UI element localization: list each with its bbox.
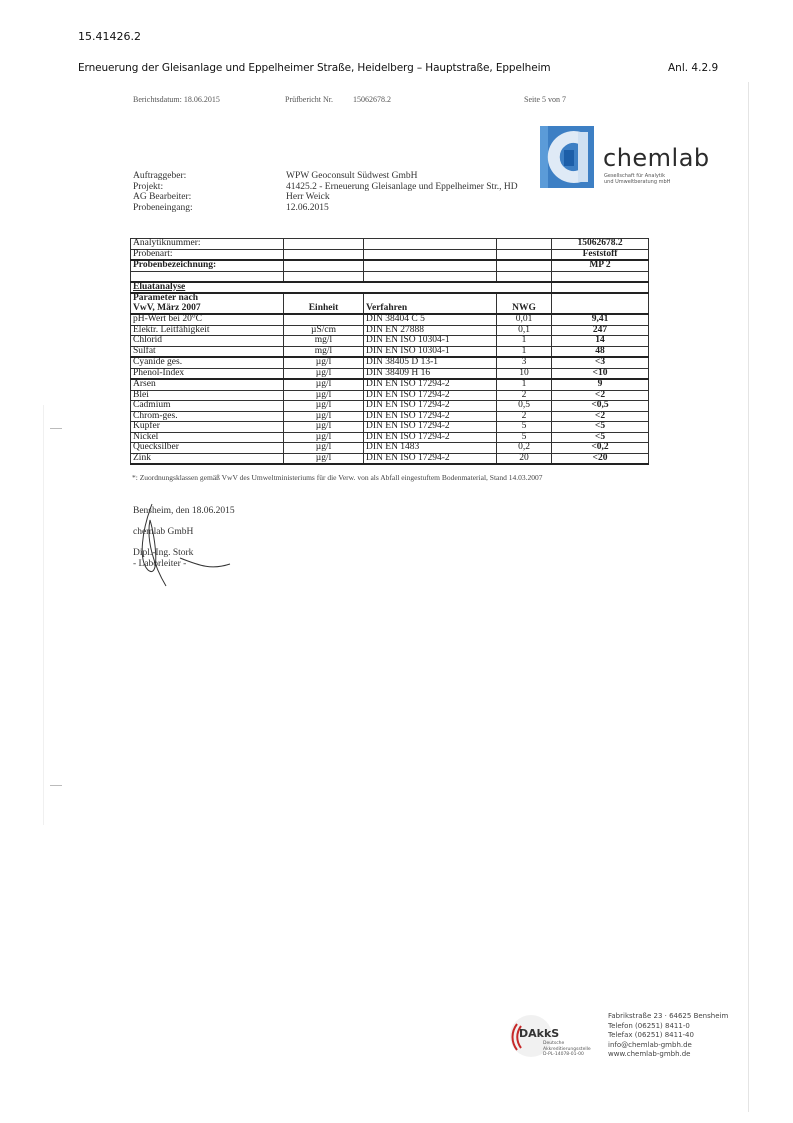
report-date: Berichtsdatum: 18.06.2015 — [133, 95, 220, 104]
document-number: 15.41426.2 — [78, 30, 141, 43]
report-number: Prüfbericht Nr. 15062678.2 — [285, 95, 391, 104]
cell-value: 9 — [552, 379, 649, 390]
empty-cell — [552, 282, 649, 294]
section-row: Eluatanalyse — [131, 282, 649, 294]
cell-nwg: 1 — [497, 379, 552, 390]
header-nwg: NWG — [497, 293, 552, 314]
report-date-label: Berichtsdatum: — [133, 95, 182, 104]
cell-unit: mg/l — [284, 346, 364, 357]
cell-method: DIN EN ISO 10304-1 — [364, 336, 497, 347]
dakks-subtitle: Deutsche Akkreditierungsstelle D-PL-1407… — [543, 1041, 591, 1058]
meta-value: MP 2 — [552, 260, 649, 271]
cell-param: Quecksilber — [131, 443, 284, 454]
spacer-row — [131, 271, 649, 282]
cell-unit: µg/l — [284, 368, 364, 379]
header-row: Parameter nach VwV, März 2007 Einheit Ve… — [131, 293, 649, 314]
company-address: Fabrikstraße 23 · 64625 Bensheim Telefon… — [608, 1012, 728, 1060]
meta-label: Probenbezeichnung: — [131, 260, 284, 271]
table-row: pH-Wert bei 20°CDIN 38404 C 50,019,41 — [131, 314, 649, 325]
empty-cell — [131, 271, 284, 282]
cell-nwg: 2 — [497, 411, 552, 422]
document-title: Erneuerung der Gleisanlage und Eppelheim… — [78, 62, 551, 74]
client-label: Auftraggeber: — [133, 171, 286, 182]
cell-param: Blei — [131, 390, 284, 401]
address-email: info@chemlab-gmbh.de — [608, 1041, 728, 1051]
meta-label: Probenart: — [131, 249, 284, 260]
header-param: Parameter nach VwV, März 2007 — [131, 293, 284, 314]
cell-nwg: 5 — [497, 422, 552, 433]
cell-value: <5 — [552, 422, 649, 433]
cell-value: 9,41 — [552, 314, 649, 325]
cell-nwg: 0,1 — [497, 325, 552, 336]
cell-unit: µg/l — [284, 411, 364, 422]
meta-value: 15062678.2 — [552, 239, 649, 250]
empty-cell — [364, 260, 497, 271]
client-label: AG Bearbeiter: — [133, 192, 286, 203]
header-param-line: VwV, März 2007 — [133, 304, 281, 314]
cell-nwg: 0,5 — [497, 401, 552, 412]
cell-param: Chlorid — [131, 336, 284, 347]
client-label: Projekt: — [133, 182, 286, 193]
cell-method: DIN EN 27888 — [364, 325, 497, 336]
cell-unit: µg/l — [284, 453, 364, 464]
cell-value: <2 — [552, 390, 649, 401]
cell-param: Phenol-Index — [131, 368, 284, 379]
cell-method: DIN EN ISO 17294-2 — [364, 401, 497, 412]
logo-subtitle: Gesellschaft für Analytik und Umweltbera… — [604, 173, 670, 185]
meta-value: Feststoff — [552, 249, 649, 260]
cell-param: Cadmium — [131, 401, 284, 412]
cell-unit — [284, 314, 364, 325]
dakks-subtitle-line: D-PL-14078-01-00 — [543, 1052, 591, 1058]
cell-unit: µg/l — [284, 357, 364, 368]
meta-label: Analytiknummer: — [131, 239, 284, 250]
empty-cell — [497, 260, 552, 271]
empty-cell — [552, 293, 649, 314]
empty-cell — [284, 249, 364, 260]
cell-value: <0,2 — [552, 443, 649, 454]
table-row: Elektr. LeitfähigkeitµS/cmDIN EN 278880,… — [131, 325, 649, 336]
client-value: WPW Geoconsult Südwest GmbH — [286, 171, 418, 182]
client-value: 12.06.2015 — [286, 203, 329, 214]
cell-method: DIN 38405 D 13-1 — [364, 357, 497, 368]
cell-param: Elektr. Leitfähigkeit — [131, 325, 284, 336]
client-row: AG Bearbeiter:Herr Weick — [133, 192, 518, 203]
client-value: 41425.2 - Erneuerung Gleisanlage und Epp… — [286, 182, 518, 193]
cell-param: pH-Wert bei 20°C — [131, 314, 284, 325]
cell-value: 48 — [552, 346, 649, 357]
cell-value: <0,5 — [552, 401, 649, 412]
cell-nwg: 1 — [497, 336, 552, 347]
cell-value: 247 — [552, 325, 649, 336]
cell-nwg: 0,01 — [497, 314, 552, 325]
report-number-label: Prüfbericht Nr. — [285, 95, 333, 104]
table-row: Arsenµg/lDIN EN ISO 17294-219 — [131, 379, 649, 390]
cell-method: DIN EN ISO 17294-2 — [364, 411, 497, 422]
cell-method: DIN EN ISO 17294-2 — [364, 432, 497, 443]
cell-value: <5 — [552, 432, 649, 443]
cell-param: Zink — [131, 453, 284, 464]
cell-value: <20 — [552, 453, 649, 464]
address-line: Telefon (06251) 8411-0 — [608, 1022, 728, 1032]
cell-unit: µg/l — [284, 422, 364, 433]
client-row: Auftraggeber:WPW Geoconsult Südwest GmbH — [133, 171, 518, 182]
cell-method: DIN EN 1483 — [364, 443, 497, 454]
address-line: Telefax (06251) 8411-40 — [608, 1031, 728, 1041]
logo-name: chemlab — [603, 144, 710, 172]
empty-cell — [364, 249, 497, 260]
meta-row: Analytiknummer: 15062678.2 — [131, 239, 649, 250]
cell-unit: mg/l — [284, 336, 364, 347]
client-info: Auftraggeber:WPW Geoconsult Südwest GmbH… — [133, 171, 518, 213]
header-method: Verfahren — [364, 293, 497, 314]
cell-unit: µg/l — [284, 379, 364, 390]
empty-cell — [364, 271, 497, 282]
footnote: *: Zuordnungsklassen gemäß VwV des Umwel… — [132, 473, 543, 482]
empty-cell — [497, 239, 552, 250]
empty-cell — [284, 239, 364, 250]
section-title: Eluatanalyse — [131, 282, 552, 294]
meta-row: Probenart: Feststoff — [131, 249, 649, 260]
client-value: Herr Weick — [286, 192, 330, 203]
cell-unit: µg/l — [284, 432, 364, 443]
cell-param: Kupfer — [131, 422, 284, 433]
cell-value: <2 — [552, 411, 649, 422]
cell-method: DIN EN ISO 10304-1 — [364, 346, 497, 357]
cell-unit: µS/cm — [284, 325, 364, 336]
table-row: Phenol-Indexµg/lDIN 38409 H 1610<10 — [131, 368, 649, 379]
table-row: Cyanide ges.µg/lDIN 38405 D 13-13<3 — [131, 357, 649, 368]
results-table: Analytiknummer: 15062678.2 Probenart: Fe… — [130, 238, 649, 465]
table-row: Chrom-ges.µg/lDIN EN ISO 17294-22<2 — [131, 411, 649, 422]
table-row: Cadmiumµg/lDIN EN ISO 17294-20,5<0,5 — [131, 401, 649, 412]
annex-label: Anl. 4.2.9 — [668, 62, 718, 74]
cell-method: DIN EN ISO 17294-2 — [364, 390, 497, 401]
empty-cell — [497, 249, 552, 260]
cell-method: DIN EN ISO 17294-2 — [364, 422, 497, 433]
cell-value: <10 — [552, 368, 649, 379]
table-row: Nickelµg/lDIN EN ISO 17294-25<5 — [131, 432, 649, 443]
cell-nwg: 2 — [497, 390, 552, 401]
table-row: Sulfatmg/lDIN EN ISO 10304-1148 — [131, 346, 649, 357]
cell-unit: µg/l — [284, 443, 364, 454]
cell-nwg: 0,2 — [497, 443, 552, 454]
table-row: Bleiµg/lDIN EN ISO 17294-22<2 — [131, 390, 649, 401]
report-date-value: 18.06.2015 — [184, 95, 220, 104]
dakks-label: DAkkS — [519, 1027, 559, 1040]
punch-mark — [50, 428, 62, 429]
table-row: Chloridmg/lDIN EN ISO 10304-1114 — [131, 336, 649, 347]
empty-cell — [284, 260, 364, 271]
client-label: Probeneingang: — [133, 203, 286, 214]
empty-cell — [497, 271, 552, 282]
client-row: Probeneingang:12.06.2015 — [133, 203, 518, 214]
cell-param: Nickel — [131, 432, 284, 443]
client-row: Projekt:41425.2 - Erneuerung Gleisanlage… — [133, 182, 518, 193]
data-rows: pH-Wert bei 20°CDIN 38404 C 50,019,41Ele… — [131, 314, 649, 464]
empty-cell — [364, 239, 497, 250]
cell-nwg: 3 — [497, 357, 552, 368]
punch-mark — [50, 785, 62, 786]
cell-param: Arsen — [131, 379, 284, 390]
cell-nwg: 5 — [497, 432, 552, 443]
cell-method: DIN EN ISO 17294-2 — [364, 379, 497, 390]
scan-edge-left — [43, 405, 44, 825]
cell-value: <3 — [552, 357, 649, 368]
empty-cell — [284, 271, 364, 282]
chemlab-logo-icon — [540, 126, 594, 188]
page-info: Seite 5 von 7 — [524, 95, 566, 104]
cell-param: Chrom-ges. — [131, 411, 284, 422]
report-number-value: 15062678.2 — [353, 95, 391, 104]
meta-row: Probenbezeichnung: MP 2 — [131, 260, 649, 271]
empty-cell — [552, 271, 649, 282]
address-website: www.chemlab-gmbh.de — [608, 1050, 728, 1060]
cell-nwg: 10 — [497, 368, 552, 379]
table-row: Quecksilberµg/lDIN EN 14830,2<0,2 — [131, 443, 649, 454]
cell-method: DIN 38409 H 16 — [364, 368, 497, 379]
cell-nwg: 1 — [497, 346, 552, 357]
cell-param: Cyanide ges. — [131, 357, 284, 368]
cell-method: DIN 38404 C 5 — [364, 314, 497, 325]
cell-param: Sulfat — [131, 346, 284, 357]
cell-nwg: 20 — [497, 453, 552, 464]
cell-value: 14 — [552, 336, 649, 347]
cell-unit: µg/l — [284, 401, 364, 412]
address-line: Fabrikstraße 23 · 64625 Bensheim — [608, 1012, 728, 1022]
handwritten-signature-icon — [120, 500, 240, 590]
cell-method: DIN EN ISO 17294-2 — [364, 453, 497, 464]
header-unit: Einheit — [284, 293, 364, 314]
cell-unit: µg/l — [284, 390, 364, 401]
logo-subtitle-line: und Umweltberatung mbH — [604, 179, 670, 185]
table-row: Kupferµg/lDIN EN ISO 17294-25<5 — [131, 422, 649, 433]
table-row: Zinkµg/lDIN EN ISO 17294-220<20 — [131, 453, 649, 464]
scan-edge-right — [748, 82, 749, 1112]
